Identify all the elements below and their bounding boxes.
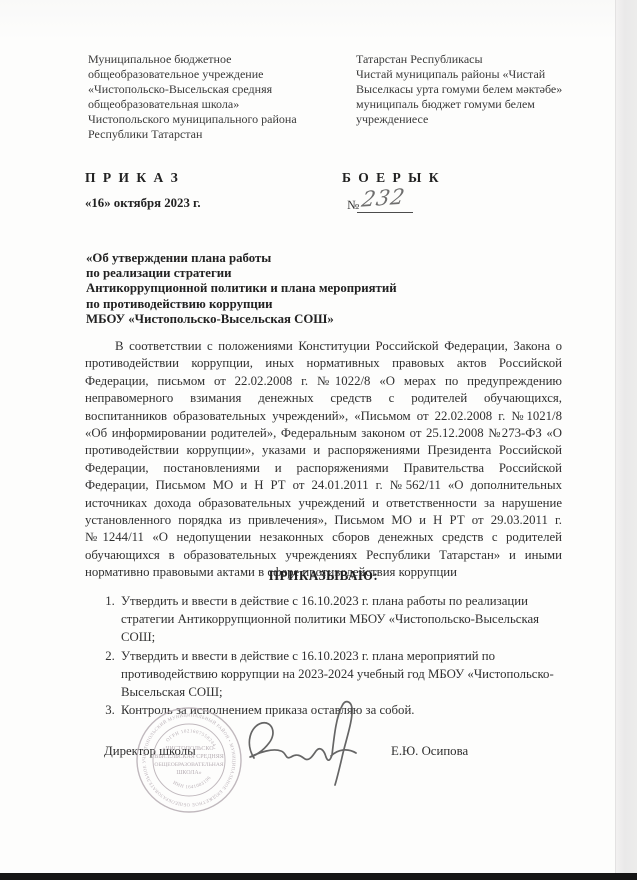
scanned-order-document: { "document": { "header_left": [ "Муници…	[0, 0, 637, 880]
order-item-2: Утвердить и ввести в действие с 16.10.20…	[118, 647, 563, 702]
letterhead-line: Муниципальное бюджетное	[88, 52, 358, 67]
scan-edge-right	[615, 0, 637, 874]
order-word-tt: Б О Е Р Ы К	[342, 170, 441, 186]
order-title-line: Антикоррупционной политики и плана мероп…	[86, 281, 506, 296]
stamp-center-line: ОБЩЕОБРАЗОВАТЕЛЬНАЯ	[154, 762, 223, 768]
stamp-inn-text: ИНН 1641003196	[172, 776, 213, 791]
stamp-center-line: ВЫСЕЛЬСКАЯ СРЕДНЯЯ	[154, 754, 223, 760]
order-title-line: по реализации стратегии	[86, 266, 506, 281]
order-number-underline	[357, 212, 413, 213]
letterhead-line: «Чистопольско-Высельская средняя	[88, 82, 358, 97]
letterhead-line: общеобразовательная школа»	[88, 97, 358, 112]
resolution-word: ПРИКАЗЫВАЮ:	[85, 568, 562, 584]
stamp-center-line: ШКОЛА»	[176, 770, 201, 776]
letterhead-line: учреждениесе	[356, 112, 608, 127]
scan-edge-bottom	[0, 873, 637, 880]
letterhead-line: Республики Татарстан	[88, 127, 358, 142]
stamp-ring-text: ЧИСТОПОЛЬСКИЙ МУНИЦИПАЛЬНЫЙ РАЙОН • МУНИ…	[141, 712, 236, 807]
letterhead-line: Чистай муниципаль районы «Чистай	[356, 67, 608, 82]
order-date: «16» октября 2023 г.	[85, 196, 201, 211]
svg-text:ИНН 1641003196: ИНН 1641003196	[172, 776, 213, 791]
signature-name: Е.Ю. Осипова	[391, 744, 468, 759]
letterhead-line: общеобразовательное учреждение	[88, 67, 358, 82]
order-title-line: «Об утверждении плана работы	[86, 251, 506, 266]
document-scan: Муниципальное бюджетное общеобразователь…	[0, 0, 637, 880]
order-title-line: по противодействию коррупции	[86, 297, 506, 312]
letterhead-line: муниципаль бюджет гомуми белем	[356, 97, 608, 112]
letterhead-line: Чистопольского муниципального района	[88, 112, 358, 127]
letterhead-line: Татарстан Республикасы	[356, 52, 608, 67]
letterhead-tatar: Татарстан Республикасы Чистай муниципаль…	[356, 52, 608, 127]
order-word-ru: П Р И К А З	[85, 170, 180, 186]
stamp-center-line: «ЧИСТОПОЛЬСКО-	[162, 746, 215, 752]
order-preamble: В соответствии с положениями Конституции…	[85, 338, 562, 582]
svg-text:ЧИСТОПОЛЬСКИЙ МУНИЦИПАЛЬНЫЙ РА: ЧИСТОПОЛЬСКИЙ МУНИЦИПАЛЬНЫЙ РАЙОН • МУНИ…	[141, 712, 236, 807]
stamp-inner-circle	[153, 724, 225, 796]
order-title: «Об утверждении плана работы по реализац…	[86, 251, 506, 327]
school-stamp: ЧИСТОПОЛЬСКИЙ МУНИЦИПАЛЬНЫЙ РАЙОН • МУНИ…	[132, 703, 246, 817]
order-number-sign: №	[347, 198, 359, 213]
handwritten-signature	[238, 700, 370, 796]
order-item-1: Утвердить и ввести в действие с 16.10.20…	[118, 592, 563, 647]
letterhead-russian: Муниципальное бюджетное общеобразователь…	[88, 52, 358, 141]
letterhead-line: Выселкасы урта гомуми белем мәктәбе»	[356, 82, 608, 97]
order-number-handwritten: 232	[360, 184, 407, 211]
order-title-line: МБОУ «Чистопольско-Высельская СОШ»	[86, 312, 506, 327]
